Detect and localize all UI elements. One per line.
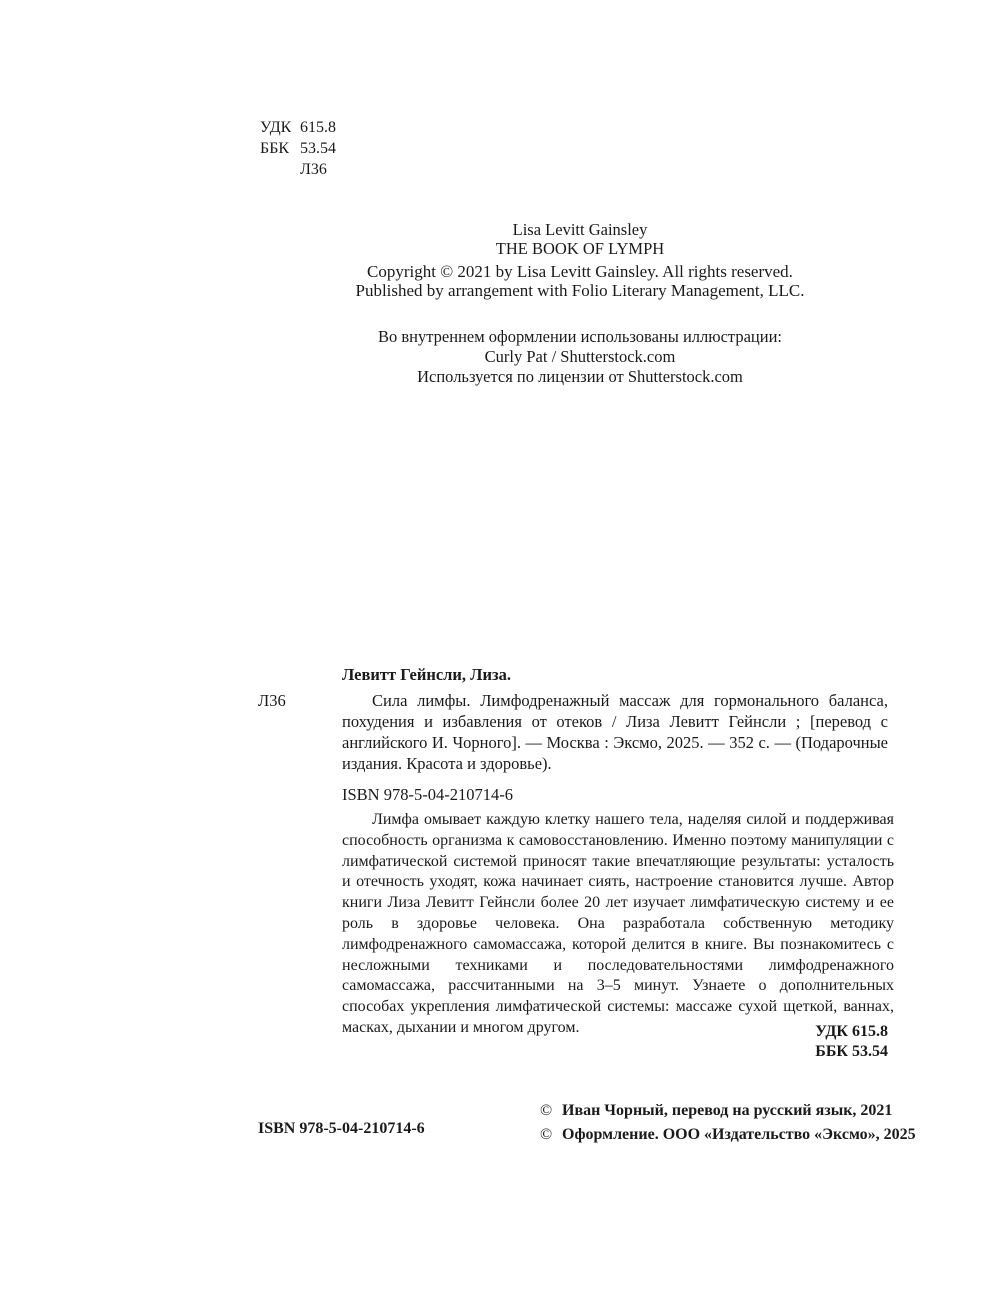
classification-block: УДК 615.8 ББК 53.54 Л36 (260, 117, 336, 180)
copyright-text: Иван Чорный, перевод на русский язык, 20… (562, 1102, 892, 1119)
biblio-description: Сила лимфы. Лимфодренажный массаж для го… (342, 690, 898, 774)
bbk-row: ББК 53.54 (260, 138, 336, 159)
bibliographic-record: Левитт Гейнсли, Лиза. Л36 Сила лимфы. Ли… (258, 664, 898, 805)
biblio-code: Л36 (258, 690, 342, 774)
original-edition-block: Lisa Levitt Gainsley THE BOOK OF LYMPH C… (300, 220, 860, 300)
bbk-label: ББК (260, 138, 300, 159)
illustrations-credit: Во внутреннем оформлении использованы ил… (300, 327, 860, 387)
udk-row: УДК 615.8 (260, 117, 336, 138)
original-author: Lisa Levitt Gainsley (300, 220, 860, 239)
copyright-translation: ©Иван Чорный, перевод на русский язык, 2… (540, 1099, 916, 1123)
biblio-entry: Л36 Сила лимфы. Лимфодренажный массаж дл… (258, 690, 898, 774)
illustrations-line-2: Curly Pat / Shutterstock.com (300, 347, 860, 367)
illustrations-line-1: Во внутреннем оформлении использованы ил… (300, 327, 860, 347)
biblio-isbn: ISBN 978-5-04-210714-6 (342, 784, 898, 805)
udk-label: УДК (260, 117, 300, 138)
original-copyright: Copyright © 2021 by Lisa Levitt Gainsley… (300, 262, 860, 281)
original-title: THE BOOK OF LYMPH (300, 239, 860, 258)
copyright-text: Оформление. ООО «Издательство «Эксмо», 2… (562, 1126, 916, 1143)
udk-value: 615.8 (300, 117, 336, 138)
bbk-value: 53.54 (300, 138, 336, 159)
footer-isbn: ISBN 978-5-04-210714-6 (258, 1120, 425, 1138)
copyright-icon: © (540, 1123, 562, 1147)
illustrations-line-3: Используется по лицензии от Shutterstock… (300, 367, 860, 387)
biblio-author: Левитт Гейнсли, Лиза. (342, 664, 898, 685)
author-code: Л36 (300, 159, 327, 180)
bottom-udk: УДК 615.8 (700, 1022, 888, 1042)
annotation-paragraph: Лимфа омывает каждую клетку нашего тела,… (342, 810, 894, 1039)
footer-copyrights: ©Иван Чорный, перевод на русский язык, 2… (540, 1099, 916, 1147)
copyright-icon: © (540, 1099, 562, 1123)
author-code-row: Л36 (260, 159, 336, 180)
bottom-bbk: ББК 53.54 (700, 1042, 888, 1062)
copyright-design: ©Оформление. ООО «Издательство «Эксмо», … (540, 1123, 916, 1147)
bottom-classification: УДК 615.8 ББК 53.54 (700, 1022, 888, 1062)
original-publisher-note: Published by arrangement with Folio Lite… (300, 281, 860, 300)
